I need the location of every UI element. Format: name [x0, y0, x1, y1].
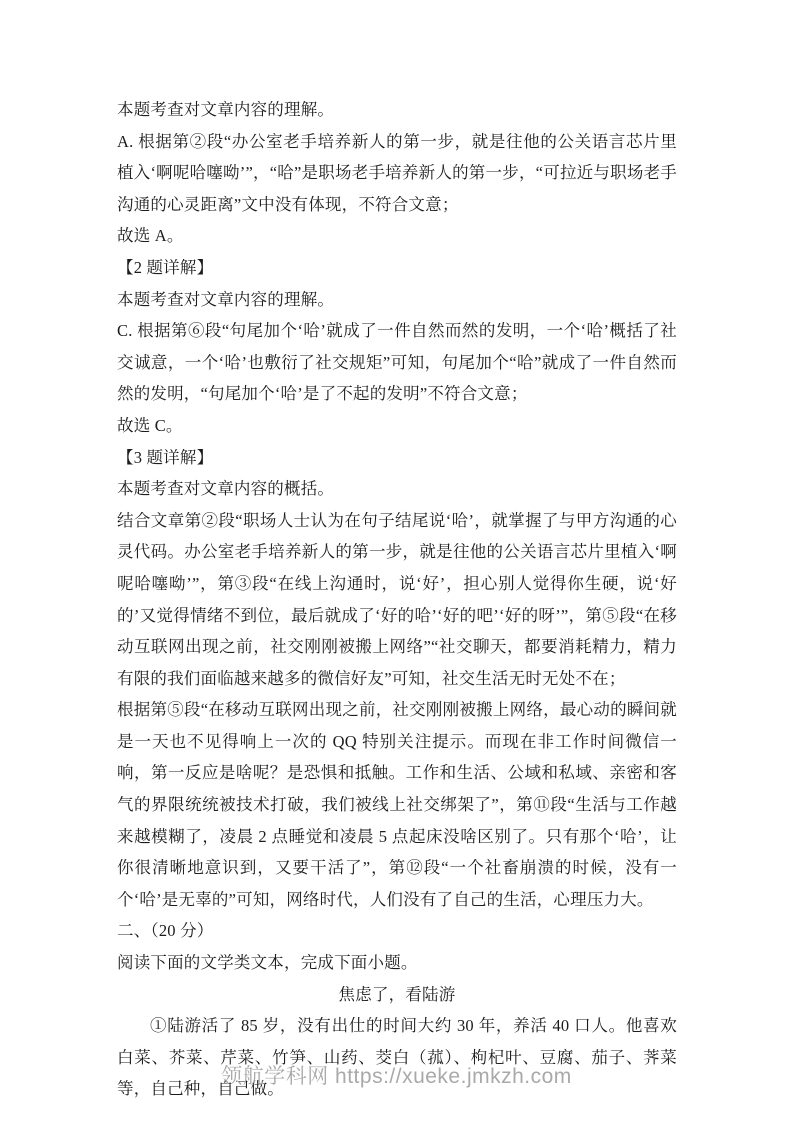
reading-instruction: 阅读下面的文学类文本，完成下面小题。 — [117, 947, 677, 979]
answer-explanation-line: 本题考查对文章内容的理解。 — [117, 284, 677, 316]
answer-option-c-analysis: C. 根据第⑥段“句尾加个‘哈’就成了一件自然而然的发明，一个‘哈’概括了社交诚… — [117, 315, 677, 410]
question-3-analysis-part2: 根据第⑤段“在移动互联网出现之前，社交刚刚被搬上网络，最心动的瞬间就是一天也不见… — [117, 694, 677, 915]
answer-explanation-line: 本题考查对文章内容的概括。 — [117, 473, 677, 505]
answer-option-a-analysis: A. 根据第②段“办公室老手培养新人的第一步，就是往他的公关语言芯片里植入‘啊呢… — [117, 126, 677, 221]
question-2-heading: 【2 题详解】 — [117, 252, 677, 284]
document-page: 本题考查对文章内容的理解。 A. 根据第②段“办公室老手培养新人的第一步，就是往… — [0, 0, 793, 1122]
passage-paragraph-1: ①陆游活了 85 岁，没有出仕的时间大约 30 年，养活 40 口人。他喜欢白菜… — [117, 1010, 677, 1105]
question-3-heading: 【3 题详解】 — [117, 442, 677, 474]
question-3-analysis-part1: 结合文章第②段“职场人士认为在句子结尾说‘哈’，就掌握了与甲方沟通的心灵代码。办… — [117, 505, 677, 695]
passage-title: 焦虑了，看陆游 — [117, 979, 677, 1011]
document-body: 本题考查对文章内容的理解。 A. 根据第②段“办公室老手培养新人的第一步，就是往… — [117, 94, 677, 1105]
answer-choice-c: 故选 C。 — [117, 410, 677, 442]
section-2-heading: 二、（20 分） — [117, 915, 677, 947]
answer-explanation-line: 本题考查对文章内容的理解。 — [117, 94, 677, 126]
answer-choice-a: 故选 A。 — [117, 220, 677, 252]
site-watermark: 领航学科网 https://xueke.jmkzh.com — [0, 1060, 793, 1090]
